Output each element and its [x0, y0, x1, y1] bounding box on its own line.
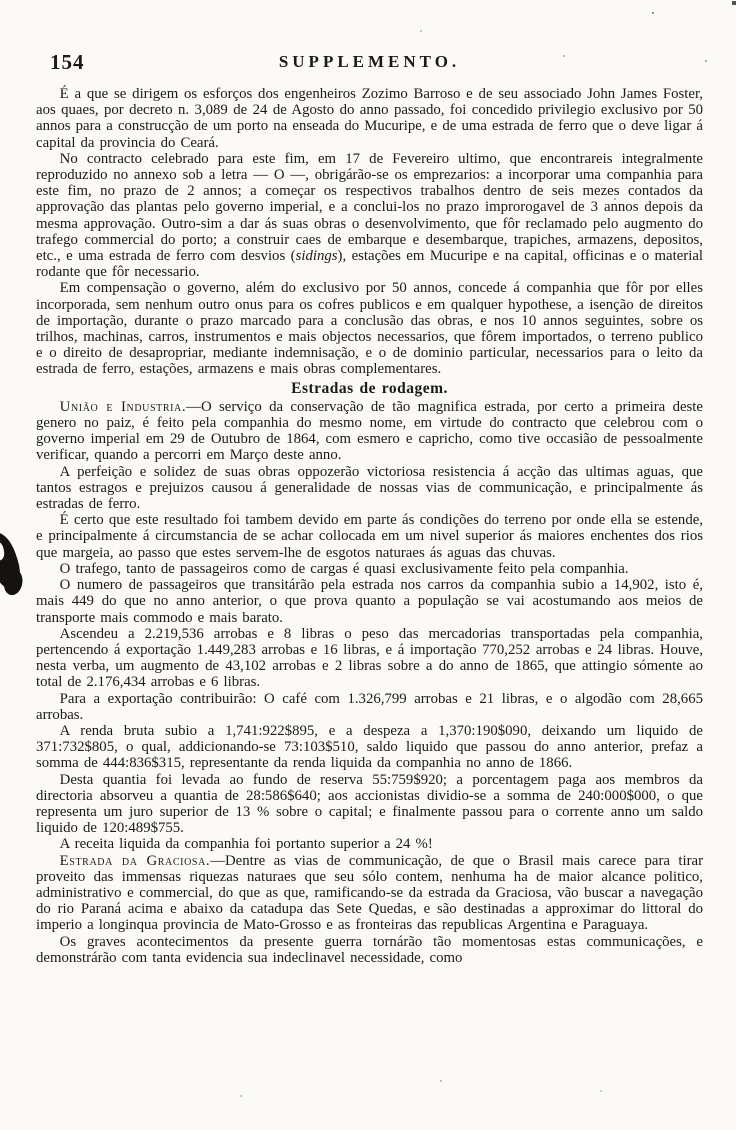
paragraph: É a que se dirigem os esforços dos engen… [36, 86, 703, 151]
text-run: Em compensação o governo, além do exclus… [36, 280, 703, 377]
paragraph: Os graves acontecimentos da presente gue… [36, 934, 703, 966]
document-body: É a que se dirigem os esforços dos engen… [36, 86, 703, 966]
paragraph: Em compensação o governo, além do exclus… [36, 280, 703, 377]
paragraph: O trafego, tanto de passageiros como de … [36, 561, 703, 577]
text-run: Desta quantia foi levada ao fundo de res… [36, 772, 703, 837]
page-header: 154 SUPPLEMENTO. [36, 50, 703, 76]
text-run-italic: sidings [296, 248, 338, 264]
text-run-smallcaps: Estrada da Graciosa. [60, 853, 211, 869]
text-run: O trafego, tanto de passageiros como de … [60, 561, 629, 577]
text-run: A renda bruta subio a 1,741:922$895, e a… [36, 723, 703, 771]
text-run: Ascendeu a 2.219,536 arrobas e 8 libras … [36, 626, 703, 691]
paragraph: O numero de passageiros que transitárão … [36, 577, 703, 626]
text-run: A perfeição e solidez de suas obras oppo… [36, 464, 703, 512]
text-run-smallcaps: União e Industria. [60, 399, 187, 415]
ink-smudge-artifact [0, 528, 25, 591]
running-title: SUPPLEMENTO. [36, 52, 703, 72]
paper-speckles [0, 0, 2, 2]
text-run: A receita liquida da companhia foi porta… [60, 836, 433, 852]
text-run: É a que se dirigem os esforços dos engen… [36, 86, 703, 151]
paragraph: Ascendeu a 2.219,536 arrobas e 8 libras … [36, 626, 703, 691]
text-run: O numero de passageiros que transitárão … [36, 577, 703, 625]
paragraph: A receita liquida da companhia foi porta… [36, 836, 703, 852]
text-run: Os graves acontecimentos da presente gue… [36, 934, 703, 966]
section-heading: Estradas de rodagem. [36, 381, 703, 397]
paragraph: União e Industria.—O serviço da conserva… [36, 399, 703, 464]
paragraph: É certo que este resultado foi tambem de… [36, 512, 703, 561]
text-run: É certo que este resultado foi tambem de… [36, 512, 703, 560]
paragraph: Estrada da Graciosa.—Dentre as vias de c… [36, 853, 703, 934]
text-run: Para a exportação contribuirão: O café c… [36, 691, 703, 723]
paragraph: Desta quantia foi levada ao fundo de res… [36, 772, 703, 837]
scanned-document-page: 154 SUPPLEMENTO. É a que se dirigem os e… [0, 0, 736, 1130]
paragraph: No contracto celebrado para este fim, em… [36, 151, 703, 281]
paragraph: A renda bruta subio a 1,741:922$895, e a… [36, 723, 703, 772]
paragraph: A perfeição e solidez de suas obras oppo… [36, 464, 703, 513]
paragraph: Para a exportação contribuirão: O café c… [36, 691, 703, 723]
